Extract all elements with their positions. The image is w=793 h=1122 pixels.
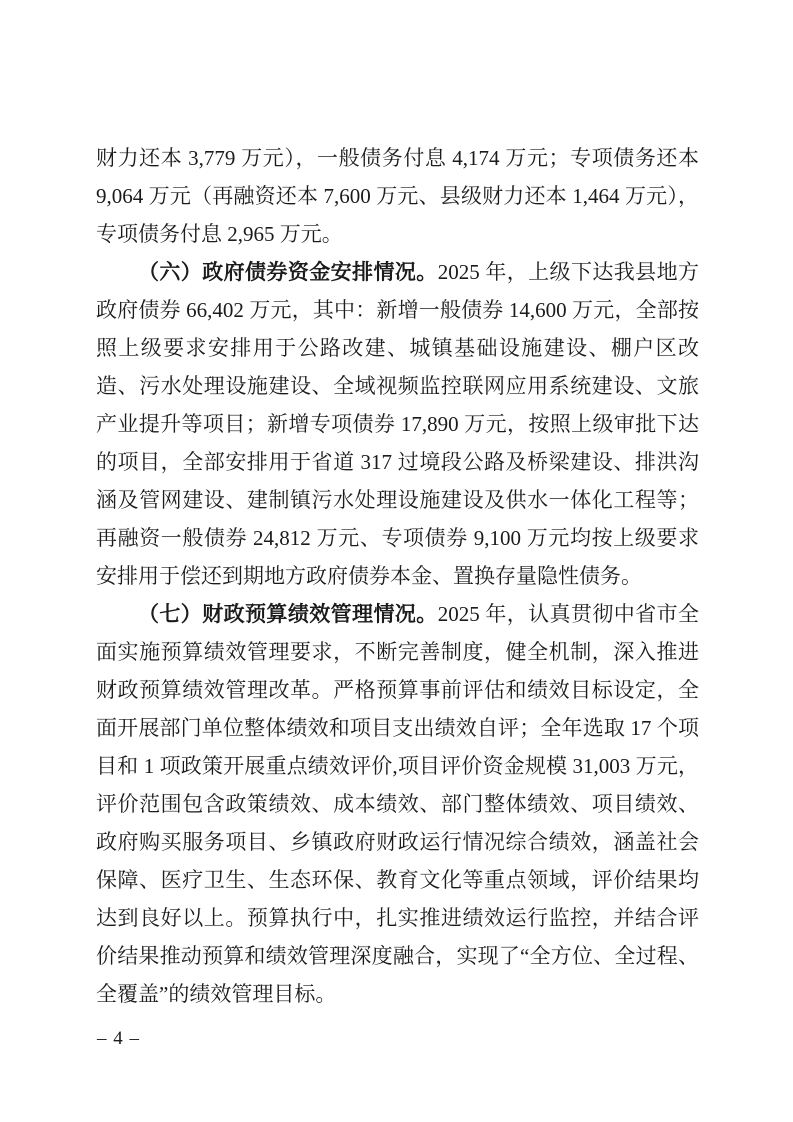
paragraph-section-7-heading: （七）财政预算绩效管理情况。 <box>138 602 438 626</box>
document-page: 财力还本 3,779 万元），一般债务付息 4,174 万元；专项债务还本 9,… <box>0 0 793 1122</box>
paragraph-debt-repayment-continuation: 财力还本 3,779 万元），一般债务付息 4,174 万元；专项债务还本 9,… <box>96 139 699 253</box>
paragraph-text: 2025 年，认真贯彻中省市全面实施预算绩效管理要求，不断完善制度，健全机制，深… <box>96 602 699 1006</box>
paragraph-section-7-performance-management: （七）财政预算绩效管理情况。2025 年，认真贯彻中省市全面实施预算绩效管理要求… <box>96 595 699 1013</box>
page-footer: – 4 – <box>97 1028 140 1050</box>
paragraph-text: 财力还本 3,779 万元），一般债务付息 4,174 万元；专项债务还本 9,… <box>96 146 699 246</box>
document-body: 财力还本 3,779 万元），一般债务付息 4,174 万元；专项债务还本 9,… <box>96 139 699 1013</box>
paragraph-section-6-heading: （六）政府债券资金安排情况。 <box>138 260 438 284</box>
paragraph-section-6-bond-funds: （六）政府债券资金安排情况。2025 年，上级下达我县地方政府债券 66,402… <box>96 253 699 595</box>
paragraph-text: 2025 年，上级下达我县地方政府债券 66,402 万元，其中：新增一般债券 … <box>96 260 699 588</box>
page-number: – 4 – <box>97 1028 140 1049</box>
